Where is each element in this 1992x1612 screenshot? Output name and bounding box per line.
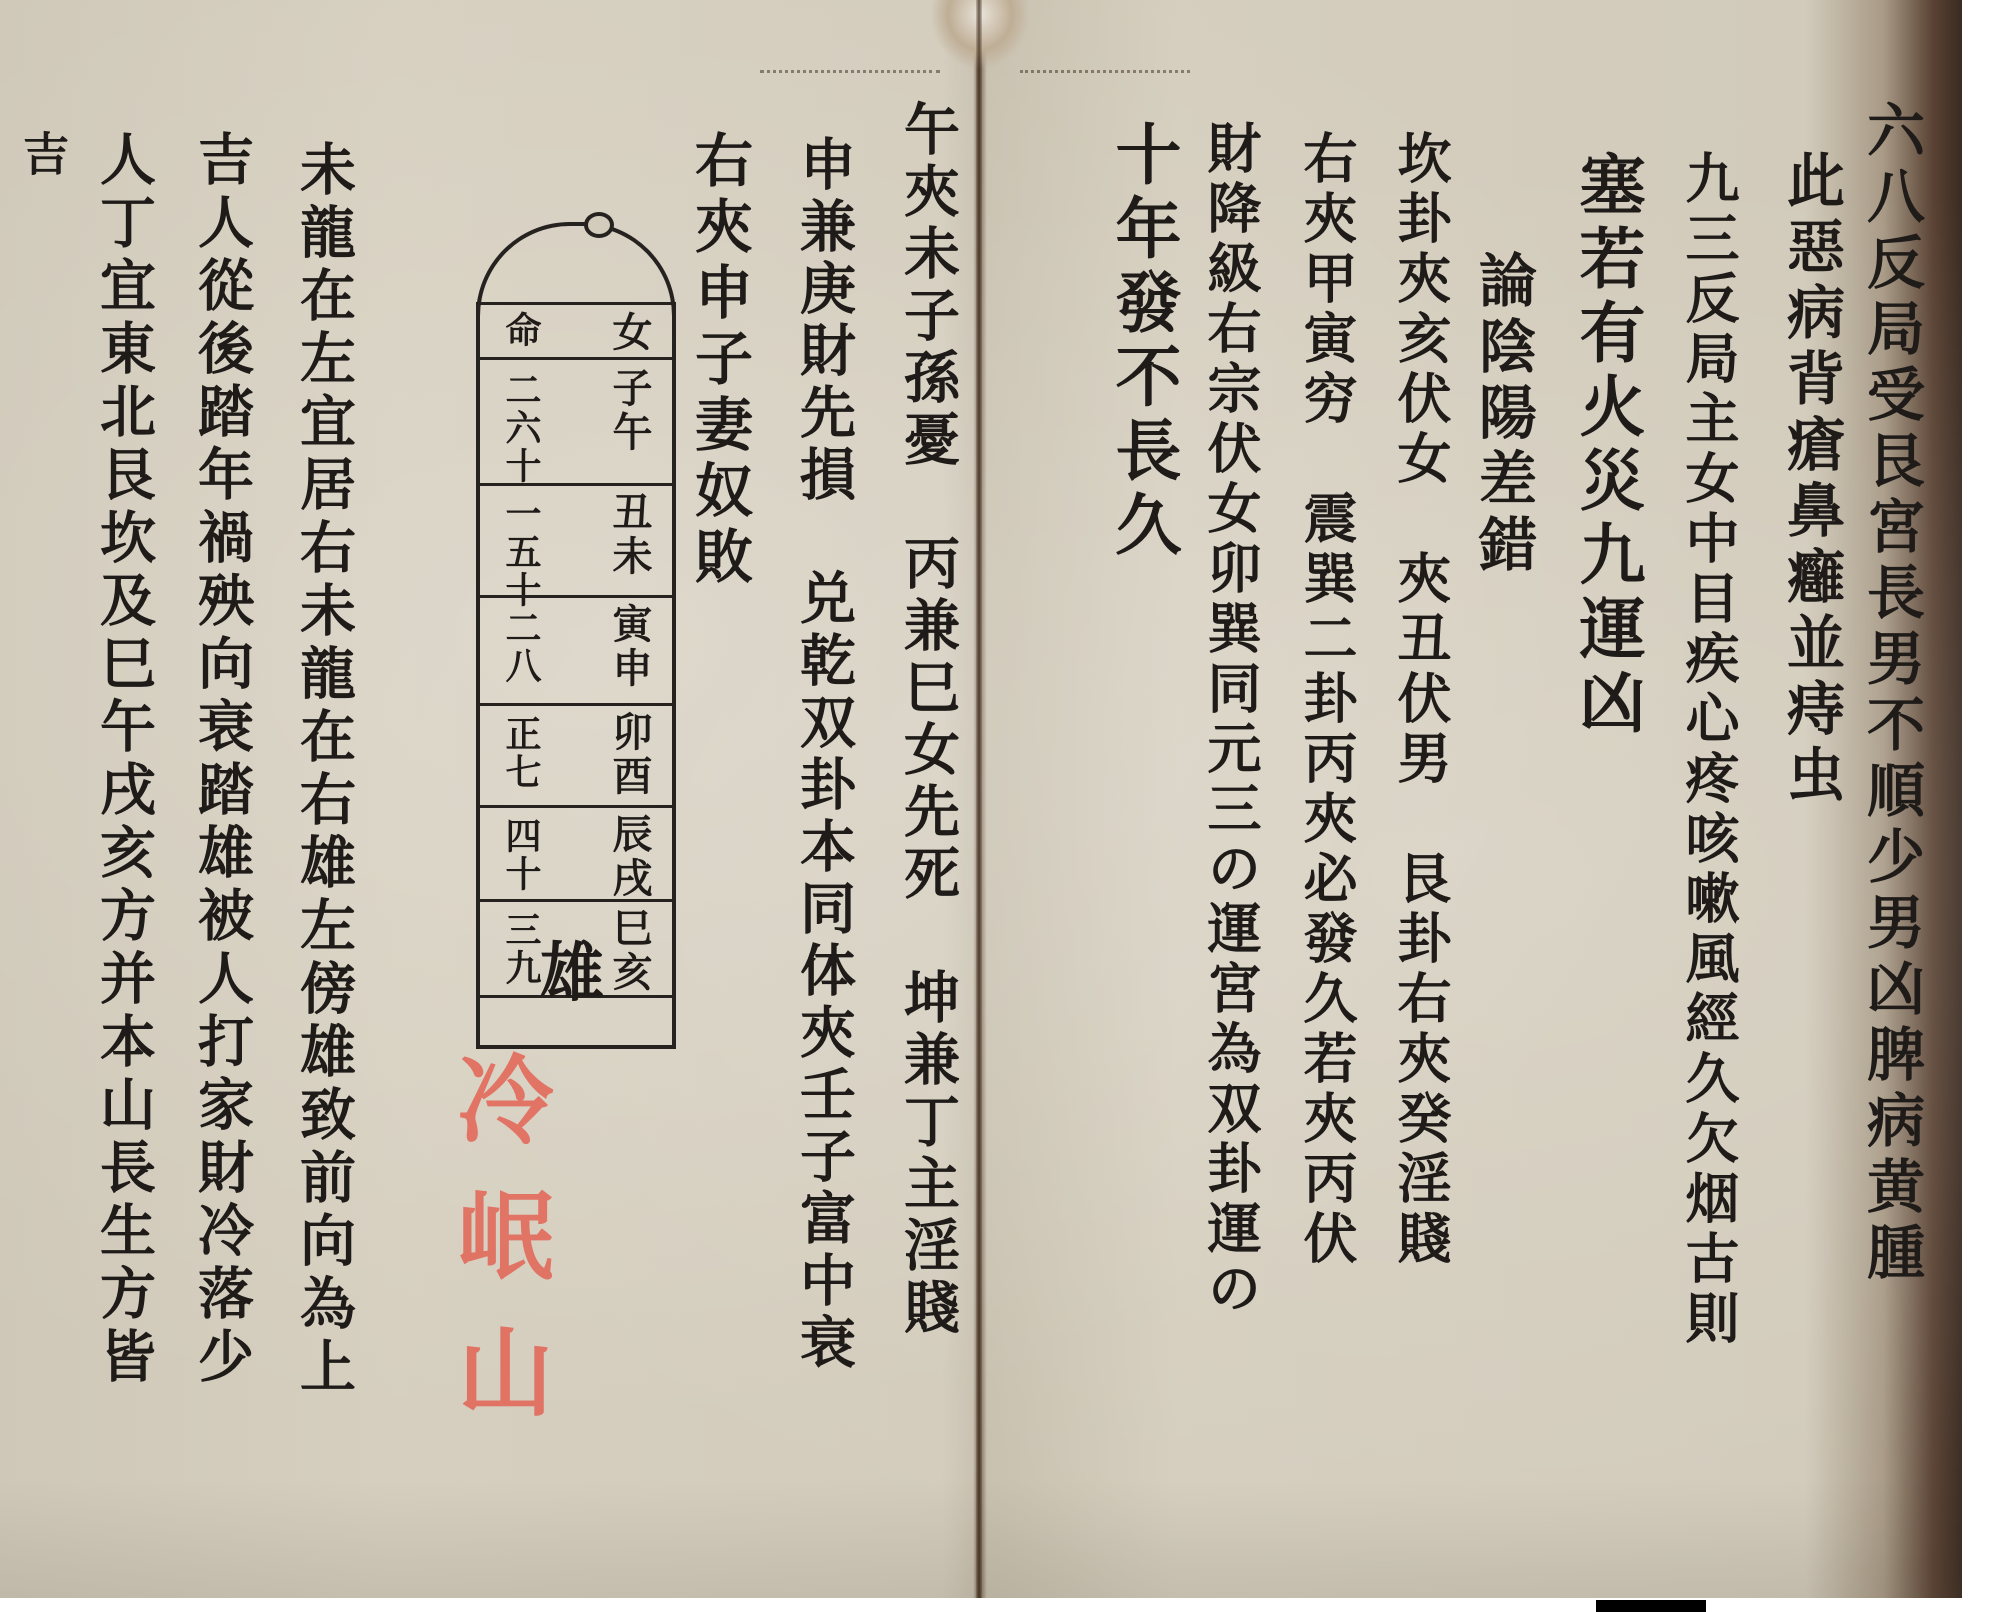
tablet-header-female: 女 (601, 311, 658, 355)
right-page-column-7: 右夾甲寅穷 震巽二卦丙夾必發久若夾丙伏 (1300, 130, 1354, 1270)
tablet-footer-male: 雄 (476, 922, 668, 1014)
tablet-row-divider (480, 899, 672, 902)
tablet-row-number: 一五十 (496, 495, 547, 609)
tear-mark-right (1020, 70, 1190, 101)
tablet-row-divider (480, 483, 672, 486)
left-page-column-6: 人丁宜東北艮坎及巳午戌亥方并本山長生方皆 (96, 130, 152, 1390)
tablet-row-divider (480, 595, 672, 598)
left-page-column-3: 右夾申子妻奴敗 (690, 130, 748, 592)
left-page-column-5: 吉人從後踏年禍殃向衰踏雄被人打家財冷落少 (194, 130, 250, 1390)
left-page-column-2: 申兼庚財先損 兑乾双卦本同体夾壬子富中衰 (796, 135, 852, 1375)
tablet-row-number: 正七 (496, 715, 547, 791)
right-page-column-8: 財降級右宗伏女卯巽同元三の運宮為双卦運の (1204, 120, 1258, 1320)
tear-mark-left (760, 70, 940, 101)
tablet-row-branches: 卯酉 (601, 711, 658, 799)
right-page-column-6: 坎卦夾亥伏女 夾丑伏男 艮卦右夾癸淫賤 (1394, 130, 1448, 1270)
right-page-column-2: 此惡病背瘡鼻癰並痔虫 (1782, 150, 1840, 810)
left-page-column-4: 未龍在左宜居右未龍在右雄左傍雄致前向為上 (296, 140, 352, 1400)
book-gutter (976, 0, 982, 1598)
red-seal-lengminshan: 冷岷山 (430, 1050, 567, 1458)
right-page-column-3: 九三反局主女中目疾心疼咳嗽風經久欠烟古則 (1682, 150, 1736, 1350)
tablet-row-branches: 子午 (601, 367, 658, 455)
life-tablet-diagram: 女 命 子午 二六十 丑未 一五十 寅申 二八 卯酉 正七 辰戌 四十 巳亥 三… (476, 222, 672, 1042)
tablet-row-branches: 寅申 (601, 603, 658, 691)
tablet-header-fate: 命 (496, 311, 547, 349)
tablet-row-divider (480, 357, 672, 360)
tablet-row-divider (480, 703, 672, 706)
left-page-column-7: 吉 (20, 130, 66, 184)
tablet-row-number: 二八 (496, 609, 547, 685)
tablet-row-number: 二六十 (496, 371, 547, 485)
tablet-row-number: 四十 (496, 817, 547, 893)
left-page-column-1: 午夾未子孫憂 丙兼巳女先死 坤兼丁主淫賤 (900, 100, 956, 1340)
right-page-heading: 論陰陽差錯 (1474, 250, 1532, 580)
tablet-row-branches: 辰戌 (601, 813, 658, 901)
right-page-column-9: 十年發不長久 (1110, 120, 1176, 564)
right-page-column-4: 塞若有火災九運凶 (1574, 150, 1640, 742)
tablet-row-branches: 丑未 (601, 491, 658, 579)
tablet-knot (584, 212, 614, 238)
bottom-edge-mark (1596, 1600, 1706, 1612)
manuscript-spread: 六八反局受艮宮長男不順少男凶脾病黄腫 此惡病背瘡鼻癰並痔虫 九三反局主女中目疾心… (0, 0, 1962, 1598)
right-page-column-1: 六八反局受艮宮長男不順少男凶脾病黄腫 (1862, 100, 1920, 1288)
tablet-row-divider (480, 805, 672, 808)
